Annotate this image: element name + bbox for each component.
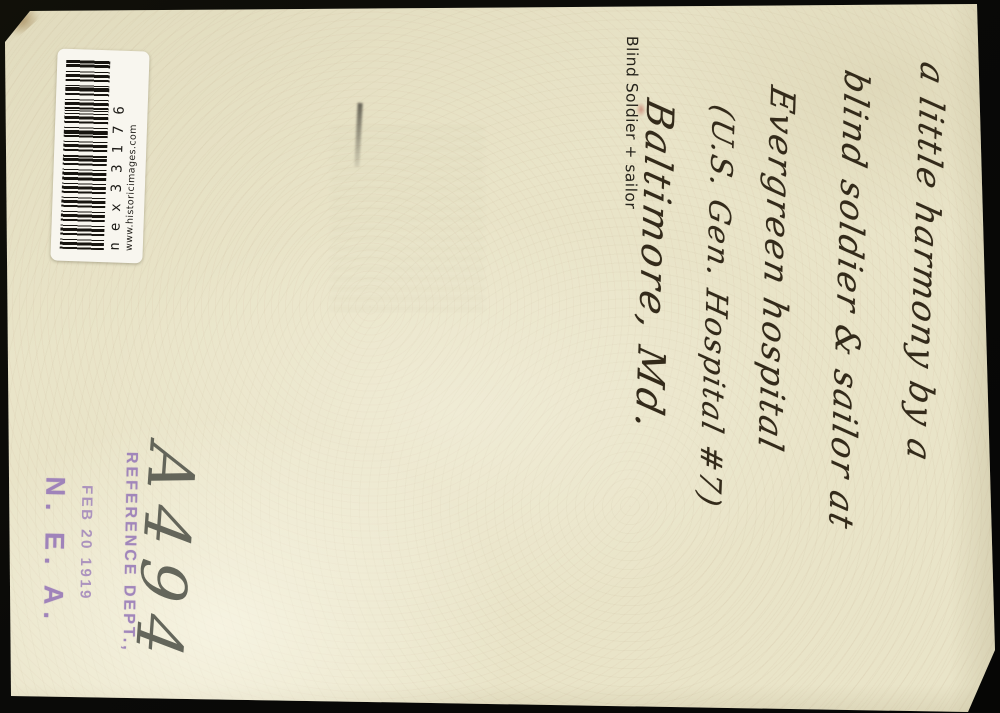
handwritten-note-line-1: a little harmony by a	[897, 58, 952, 508]
scan-background: nex33176 www.historicimages.com Blind So…	[0, 0, 1000, 713]
stamp-agency: N. E. A.	[36, 450, 71, 696]
stamp-date: FEB 20 1919	[75, 451, 96, 696]
handwritten-note-line-2: blind soldier & sailor at	[819, 66, 876, 586]
corner-stain	[2, 3, 57, 51]
print-show-through	[330, 125, 485, 310]
handwritten-note-line-3: Evergreen hospital	[749, 82, 802, 482]
barcode-icon	[60, 59, 111, 250]
barcode-sticker: nex33176 www.historicimages.com	[50, 48, 149, 263]
photo-verso-paper: nex33176 www.historicimages.com Blind So…	[0, 0, 1000, 713]
handwritten-note-line-4: (U.S. Gen. Hospital #7)	[689, 101, 740, 579]
barcode-sticker-content: nex33176 www.historicimages.com	[50, 48, 149, 263]
